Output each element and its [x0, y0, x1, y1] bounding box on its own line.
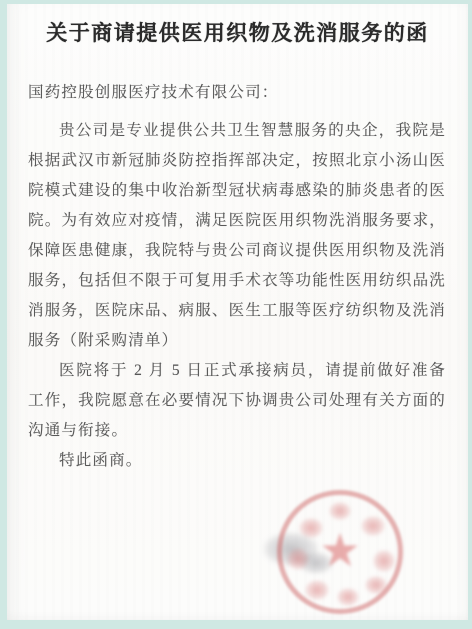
seal-character-mark	[365, 576, 387, 594]
document-content: 关于商请提供医用织物及洗消服务的函 国药控股创服医疗技术有限公司： 贵公司是专业…	[7, 4, 468, 476]
photo-frame: 关于商请提供医用织物及洗消服务的函 国药控股创服医疗技术有限公司： 贵公司是专业…	[0, 0, 472, 629]
seal-character-mark	[287, 548, 309, 570]
paragraph: 贵公司是专业提供公共卫生智慧服务的央企，我院是根据武汉市新冠肺炎防控指挥部决定，…	[28, 116, 446, 356]
seal-character-mark	[361, 516, 385, 536]
seal-character-mark	[329, 502, 351, 520]
official-seal-stamp: ★	[277, 490, 403, 614]
paragraph: 特此函商。	[28, 446, 446, 476]
document-page: 关于商请提供医用织物及洗消服务的函 国药控股创服医疗技术有限公司： 贵公司是专业…	[7, 4, 468, 620]
seal-character-mark	[373, 550, 395, 572]
star-icon: ★	[319, 527, 360, 573]
paragraph: 医院将于 2 月 5 日正式承接病员，请提前做好准备工作，我院愿意在必要情况下协…	[28, 356, 446, 446]
letter-body: 国药控股创服医疗技术有限公司： 贵公司是专业提供公共卫生智慧服务的央企，我院是根…	[7, 47, 468, 476]
seal-character-mark	[337, 588, 359, 606]
document-title: 关于商请提供医用织物及洗消服务的函	[7, 4, 468, 47]
salutation: 国药控股创服医疗技术有限公司：	[28, 78, 446, 108]
seal-character-mark	[305, 580, 329, 600]
